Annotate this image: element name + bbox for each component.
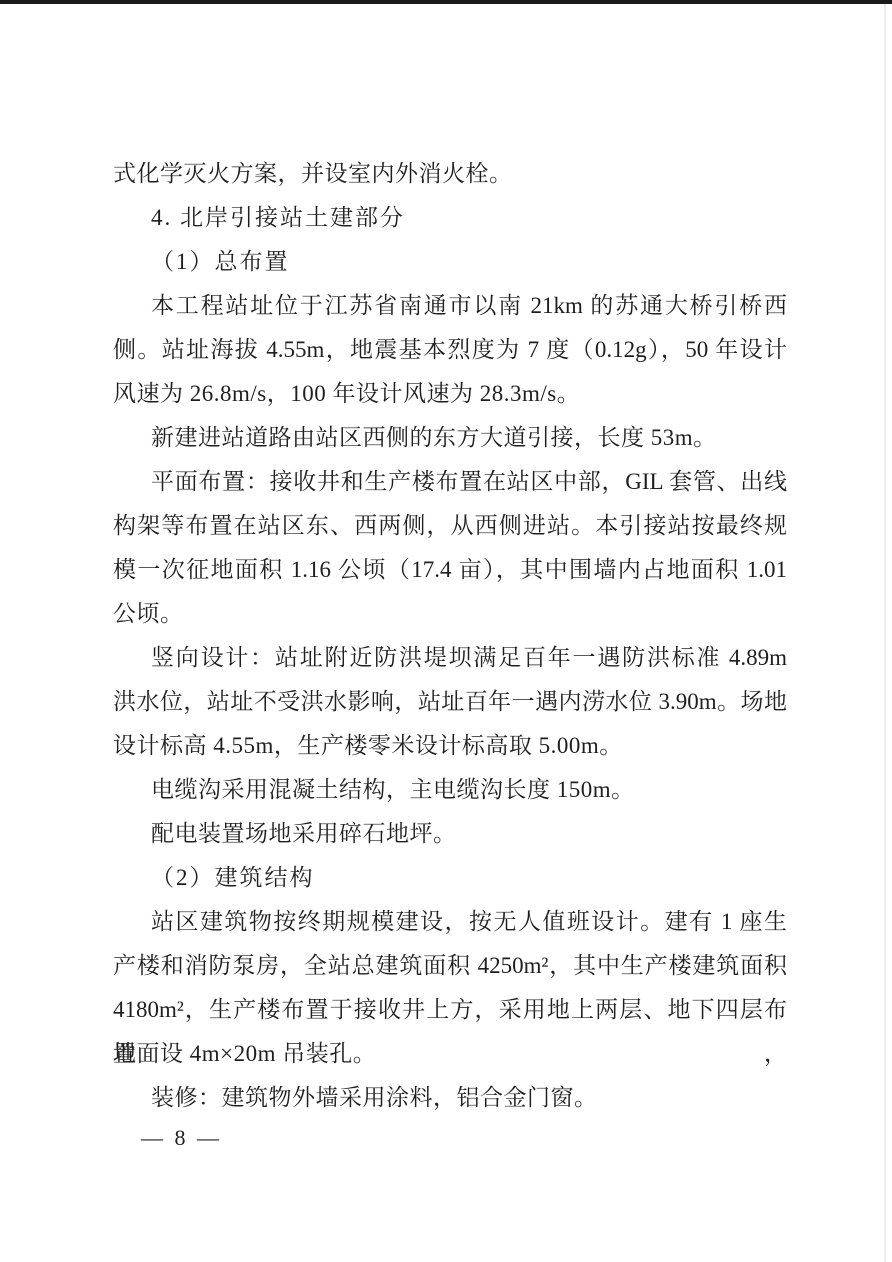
text-line: 公顷。 [113, 592, 787, 636]
text-line: 式化学灭火方案，并设室内外消火栓。 [113, 152, 787, 196]
text-line: 新建进站道路由站区西侧的东方大道引接，长度 53m。 [113, 416, 787, 460]
scan-right-edge-line [884, 4, 886, 1262]
text-line: 装修：建筑物外墙采用涂料，铝合金门窗。 [113, 1076, 787, 1120]
text-line: 电缆沟采用混凝土结构，主电缆沟长度 150m。 [113, 768, 787, 812]
text-line: 模一次征地面积 1.16 公顷（17.4 亩），其中围墙内占地面积 1.01 [113, 548, 787, 592]
text-line: 洪水位，站址不受洪水影响，站址百年一遇内涝水位 3.90m。场地 [113, 680, 787, 724]
text-line: 风速为 26.8m/s，100 年设计风速为 28.3m/s。 [113, 372, 787, 416]
document-page: 式化学灭火方案，并设室内外消火栓。 4. 北岸引接站土建部分 （1）总布置 本工… [113, 152, 787, 1120]
text-line: 产楼和消防泵房，全站总建筑面积 4250m²，其中生产楼建筑面积 [113, 944, 787, 988]
text-line: 4180m²，生产楼布置于接收井上方，采用地上两层、地下四层布置， [113, 988, 787, 1032]
text-line: 侧。站址海拔 4.55m，地震基本烈度为 7 度（0.12g），50 年设计 [113, 328, 787, 372]
text-line: 竖向设计：站址附近防洪堤坝满足百年一遇防洪标准 4.89m [113, 636, 787, 680]
text-line: 本工程站址位于江苏省南通市以南 21km 的苏通大桥引桥西 [113, 284, 787, 328]
text-line: 构架等布置在站区东、西两侧，从西侧进站。本引接站按最终规 [113, 504, 787, 548]
heading-sub-1: （1）总布置 [113, 240, 787, 284]
scan-top-edge [0, 0, 892, 4]
text-line: 平面布置：接收井和生产楼布置在站区中部，GIL 套管、出线 [113, 460, 787, 504]
heading-section-4: 4. 北岸引接站土建部分 [113, 196, 787, 240]
heading-sub-2: （2）建筑结构 [113, 856, 787, 900]
page-number: — 8 — [141, 1122, 222, 1154]
text-line: 站区建筑物按终期规模建设，按无人值班设计。建有 1 座生 [113, 900, 787, 944]
text-line: 设计标高 4.55m，生产楼零米设计标高取 5.00m。 [113, 724, 787, 768]
text-line: 配电装置场地采用碎石地坪。 [113, 812, 787, 856]
